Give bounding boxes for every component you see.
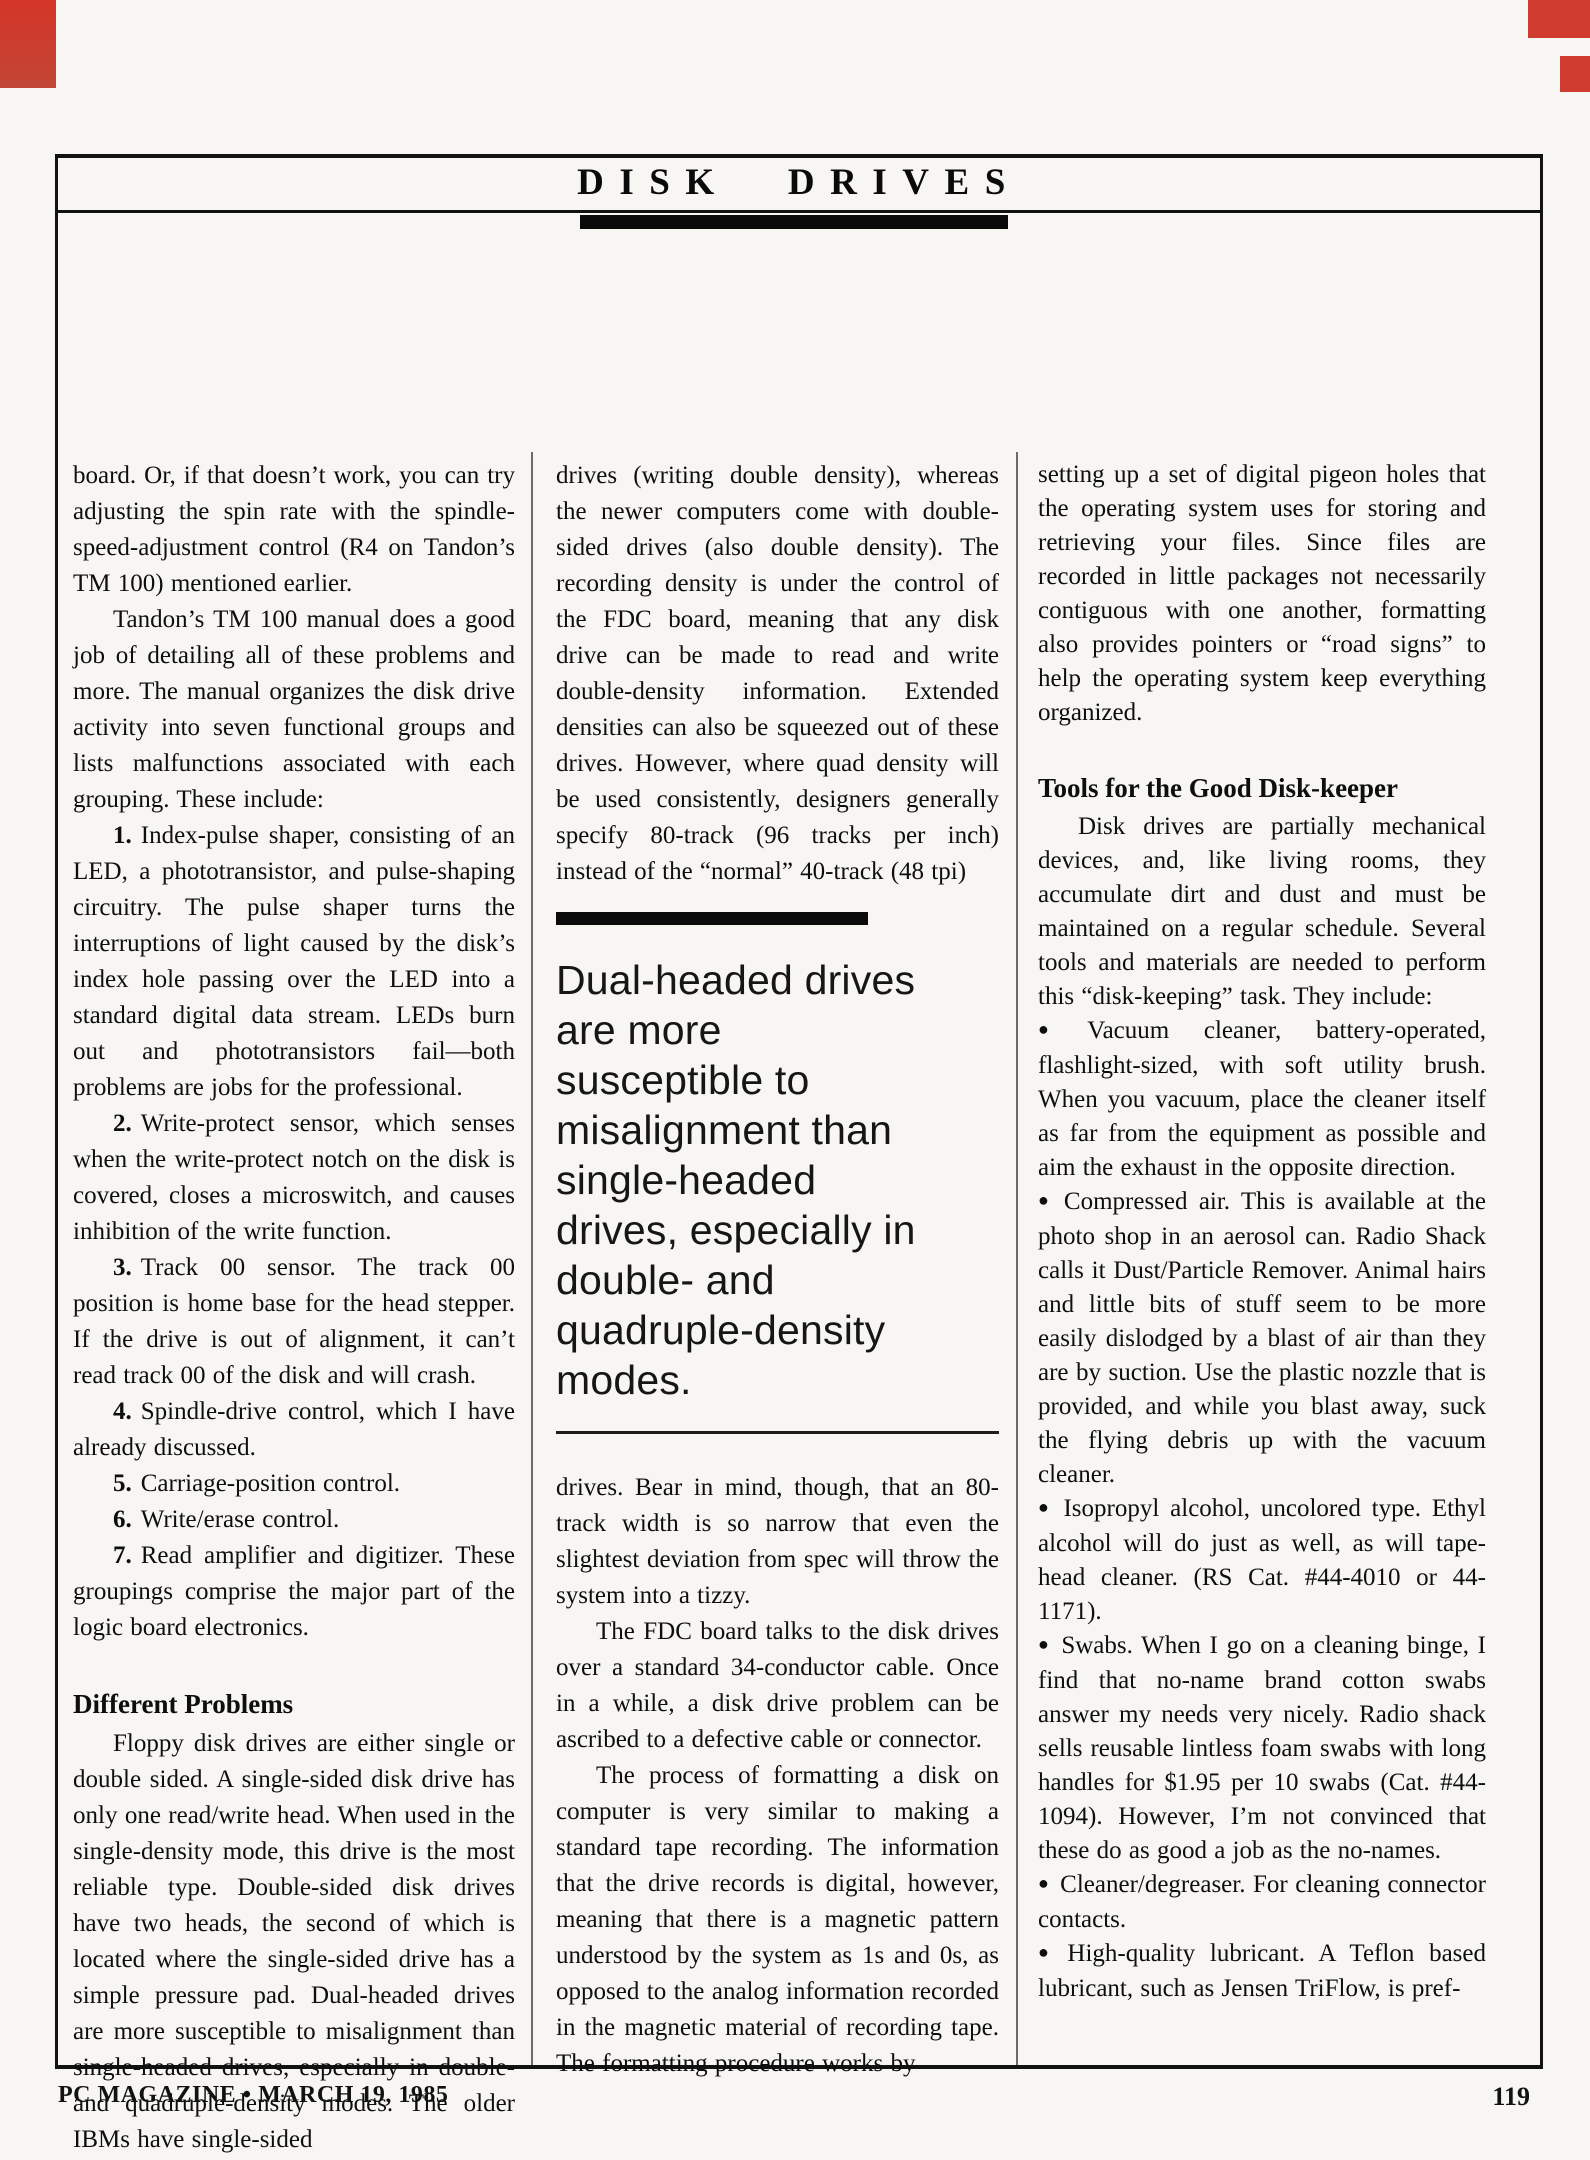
list-number: 3. [113,1254,141,1281]
pull-quote-line: misalignment than [556,1105,999,1155]
paragraph: Disk drives are partially mechanical dev… [1038,810,1486,1014]
bullet-icon: ● [1038,1190,1064,1210]
paragraph: 7.Read amplifier and digitizer. These gr… [73,1538,515,1646]
left-border [55,154,58,2069]
paragraph-text: Index-pulse shaper, consisting of an LED… [73,822,515,1101]
bullet-icon: ● [1038,1942,1067,1962]
list-number: 4. [113,1398,141,1425]
pull-quote-bottom-rule [556,1431,999,1434]
list-number: 2. [113,1110,141,1137]
paragraph: 3.Track 00 sensor. The track 00 position… [73,1250,515,1394]
list-number: 5. [113,1470,141,1497]
pull-quote: Dual-headed drivesare moresusceptible to… [556,955,999,1405]
top-rule [55,154,1543,158]
paragraph: drives (writing double density), whereas… [556,458,999,890]
pull-quote-line: are more [556,1005,999,1055]
column-divider [531,452,533,2065]
bullet-item: ●Swabs. When I go on a cleaning binge, I… [1038,1629,1486,1868]
paragraph: The FDC board talks to the disk drives o… [556,1614,999,1758]
bullet-icon: ● [1038,1873,1060,1893]
magazine-page: DISK DRIVES board. Or, if that doesn’t w… [0,0,1590,2160]
paragraph-text: Carriage-position control. [141,1470,400,1497]
column-2: drives (writing double density), whereas… [556,458,999,2082]
pull-quote-line: Dual-headed drives [556,955,999,1005]
pull-quote-line: single-headed [556,1155,999,1205]
paragraph: setting up a set of digital pigeon holes… [1038,458,1486,730]
pull-quote-top-rule [556,912,868,925]
paragraph: 6.Write/erase control. [73,1502,515,1538]
paragraph-text: Isopropyl alcohol, uncolored type. Ethyl… [1038,1495,1486,1625]
bullet-icon: ● [1038,1497,1063,1517]
section-heading: Different Problems [73,1686,515,1722]
list-number: 1. [113,822,141,849]
paragraph-text: Write/erase control. [141,1506,340,1533]
page-title: DISK DRIVES [55,160,1543,206]
column-3: setting up a set of digital pigeon holes… [1038,458,1486,2006]
title-underline-bar [580,215,1008,229]
column-divider [1016,452,1018,2065]
bullet-item: ●High-quality lubricant. A Teflon based … [1038,1937,1486,2006]
pull-quote-line: modes. [556,1355,999,1405]
right-border [1540,154,1543,2069]
paragraph-text: Swabs. When I go on a cleaning binge, I … [1038,1632,1486,1864]
paragraph: 2.Write-protect sensor, which senses whe… [73,1106,515,1250]
column-1: board. Or, if that doesn’t work, you can… [73,458,515,2158]
paragraph: The process of formatting a disk on comp… [556,1758,999,2082]
footer-page-number: 119 [1492,2082,1530,2112]
list-number: 6. [113,1506,141,1533]
paragraph: drives. Bear in mind, though, that an 80… [556,1470,999,1614]
bullet-item: ●Isopropyl alcohol, uncolored type. Ethy… [1038,1492,1486,1629]
pull-quote-line: susceptible to [556,1055,999,1105]
bullet-icon: ● [1038,1634,1061,1654]
paragraph: 4.Spindle-drive control, which I have al… [73,1394,515,1466]
paragraph-text: High-quality lubricant. A Teflon based l… [1038,1940,1486,2002]
bullet-item: ●Vacuum cleaner, battery-operated, flash… [1038,1014,1486,1185]
bullet-item: ●Compressed air. This is available at th… [1038,1185,1486,1492]
list-number: 7. [113,1542,141,1569]
footer-magazine-date: PC MAGAZINE • MARCH 19, 1985 [58,2082,448,2109]
section-heading: Tools for the Good Disk-keeper [1038,770,1486,806]
bullet-item: ●Cleaner/degreaser. For cleaning connect… [1038,1868,1486,1937]
scan-artifact [1560,56,1590,92]
scan-artifact [1528,0,1590,38]
paragraph-text: Vacuum cleaner, battery-operated, flashl… [1038,1017,1486,1181]
paragraph: 5.Carriage-position control. [73,1466,515,1502]
paragraph: Tandon’s TM 100 manual does a good job o… [73,602,515,818]
paragraph: board. Or, if that doesn’t work, you can… [73,458,515,602]
paragraph-text: Compressed air. This is available at the… [1038,1188,1486,1488]
paragraph-text: Cleaner/degreaser. For cleaning connecto… [1038,1871,1486,1933]
pull-quote-line: drives, especially in [556,1205,999,1255]
header-rule [55,210,1543,213]
pull-quote-line: double- and [556,1255,999,1305]
scan-artifact [0,0,56,88]
paragraph: 1.Index-pulse shaper, consisting of an L… [73,818,515,1106]
pull-quote-line: quadruple-density [556,1305,999,1355]
bullet-icon: ● [1038,1019,1087,1039]
